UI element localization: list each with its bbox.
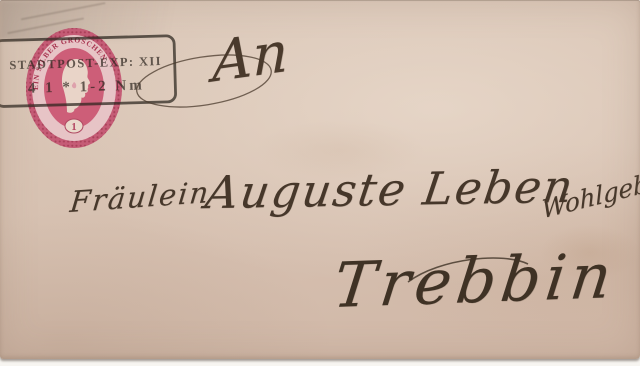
recipient-name: Auguste Leben — [203, 164, 578, 216]
destination-town: Trebbin — [330, 245, 619, 317]
postmark-date-line: 4 1 * 1-2 Nm — [28, 78, 145, 97]
photo-of-envelope: EIN SILBER GROSCHEN 1 STADTPOST-EXP: XII… — [0, 0, 640, 366]
address-prefix: Fräulein — [69, 178, 212, 217]
denomination-value: 1 — [71, 122, 76, 133]
salutation-an: An — [212, 24, 288, 91]
envelope: EIN SILBER GROSCHEN 1 STADTPOST-EXP: XII… — [0, 0, 640, 359]
